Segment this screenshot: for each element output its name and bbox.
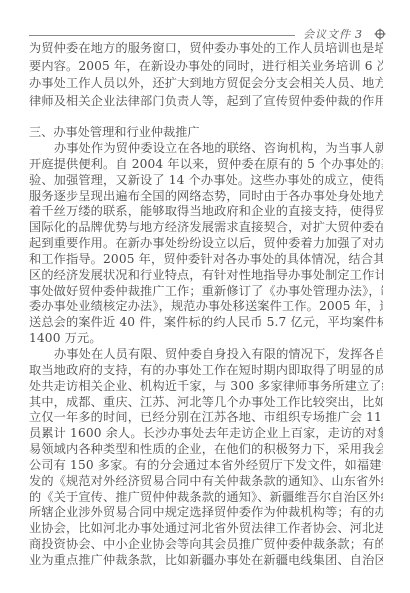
text-line: 其中，成都、重庆、江苏、河北等几个办事处工作比较突出，比如江苏办事处，成 <box>29 395 383 411</box>
text-line: 起到重要作用。在新办事处纷纷设立以后，贸仲委着力加强了对办事处的管理 <box>29 236 383 252</box>
text-line: 为贸仲委在地方的服务窗口，贸仲委办事处的工作人员培训也是培训工作的重 <box>29 40 383 58</box>
text-line: 区的经济发展状况和行业特点，有针对性地指导办事处制定工作计划，引导办 <box>29 268 383 284</box>
text-line: 立仅一年多的时间，已经分别在江苏各地、市组织专场推广会 11 场次，到会人 <box>29 410 383 426</box>
text-line: 处共走访相关企业、机构近千家，与 300 多家律师事务所建立了经常性的联系。 <box>29 379 383 395</box>
text-line: 要内容。2005 年，在新设办事处的同时，进行相关业务培训 6 次，培训对象除 <box>29 58 383 76</box>
section-body: 办事处作为贸仲委设立在各地的联络、咨询机构，为当事人就近咨询以及 开庭提供便利。… <box>29 141 383 569</box>
text-line: 公司有 150 多家。有的分会通过本省外经贸厅下发文件，如福建省外经贸厅下 <box>29 458 383 474</box>
text-line: 服务逐步呈现出遍布全国的网络态势，同时由于各办事处身处地方，与地方有 <box>29 189 383 205</box>
text-line: 员累计 1600 余人。长沙办事处去年走访企业上百家，走访的对象遍及经济贸 <box>29 426 383 442</box>
paragraph-continuation: 为贸仲委在地方的服务窗口，贸仲委办事处的工作人员培训也是培训工作的重 要内容。2… <box>29 40 383 111</box>
text-line: 验、加强管理，又新设了 14 个办事处。这些办事处的成立，使得贸仲委的仲裁 <box>29 173 383 189</box>
text-line: 易领域内各种类型和性质的企业，在他们的积极努力下，采用我会仲裁条款的 <box>29 442 383 458</box>
crosshair-circle-icon <box>374 28 386 40</box>
text-line: 着千丝万缕的联系，能够取得当地政府和企业的直接支持，使得贸仲委专业化、 <box>29 204 383 220</box>
text-line: 的《关于宣传、推广贸仲仲裁条款的通知》、新疆维吾尔自治区外经贸厅等在其 <box>29 490 383 506</box>
text-line: 办事处作为贸仲委设立在各地的联络、咨询机构，为当事人就近咨询以及 <box>29 141 383 157</box>
section-heading: 三、办事处管理和行业仲裁推广 <box>29 124 200 141</box>
text-line: 事处做好贸仲委仲裁推广工作；重新修订了《办事处管理办法》，制定了《贸仲 <box>29 284 383 300</box>
text-line: 和工作指导。2005 年，贸仲委针对各办事处的具体情况，结合其所在省份和地 <box>29 252 383 268</box>
text-line: 办事处在人员有限、贸仲委自身投入有限的情况下，发挥各自优势，积极争 <box>29 347 383 363</box>
header-rule <box>29 35 295 36</box>
text-line: 所辖企业涉外贸易合同中规定选择贸仲委作为仲裁机构等；有的办事处通过行 <box>29 505 383 521</box>
text-line: 办事处工作人员以外，还扩大到地方贸促会分支会相关人员、地方律师事务所 <box>29 75 383 93</box>
text-line: 1400 万元。 <box>29 331 383 347</box>
text-line: 取当地政府的支持，有的办事处工作在短时期内即取得了明显的成效。各办事 <box>29 363 383 379</box>
text-line: 国际化的品牌优势与地方经济发展需求直接契合，对扩大贸仲委在各地的影响 <box>29 220 383 236</box>
text-line: 发的《规范对外经济贸易合同中有关仲裁条款的通知》、山东省外经贸厅下发 <box>29 474 383 490</box>
text-line: 商投资协会、中小企业协会等向其会员推广贸仲委仲裁条款；有的办事处以行 <box>29 537 383 553</box>
text-line: 业协会，比如河北办事处通过河北省外贸法律工作者协会、河北进出口协会、外 <box>29 521 383 537</box>
text-line: 送总会的案件近 40 件，案件标的约人民币 5.7 亿元，平均案件标的为人民币 <box>29 315 383 331</box>
text-line: 业为重点推广仲裁条款，比如新疆办事处在新疆电线集团、自治区供销总公司、 <box>29 553 383 569</box>
text-line: 委办事处业绩核定办法》，规范办事处移送案件工作。2005 年，通过办事处移 <box>29 299 383 315</box>
text-line: 开庭提供便利。自 2004 年以来，贸仲委在原有的 5 个办事处的基础上，总结经 <box>29 157 383 173</box>
text-line: 律师及相关企业法律部门负责人等，起到了宣传贸仲委仲裁的作用。 <box>29 93 383 111</box>
